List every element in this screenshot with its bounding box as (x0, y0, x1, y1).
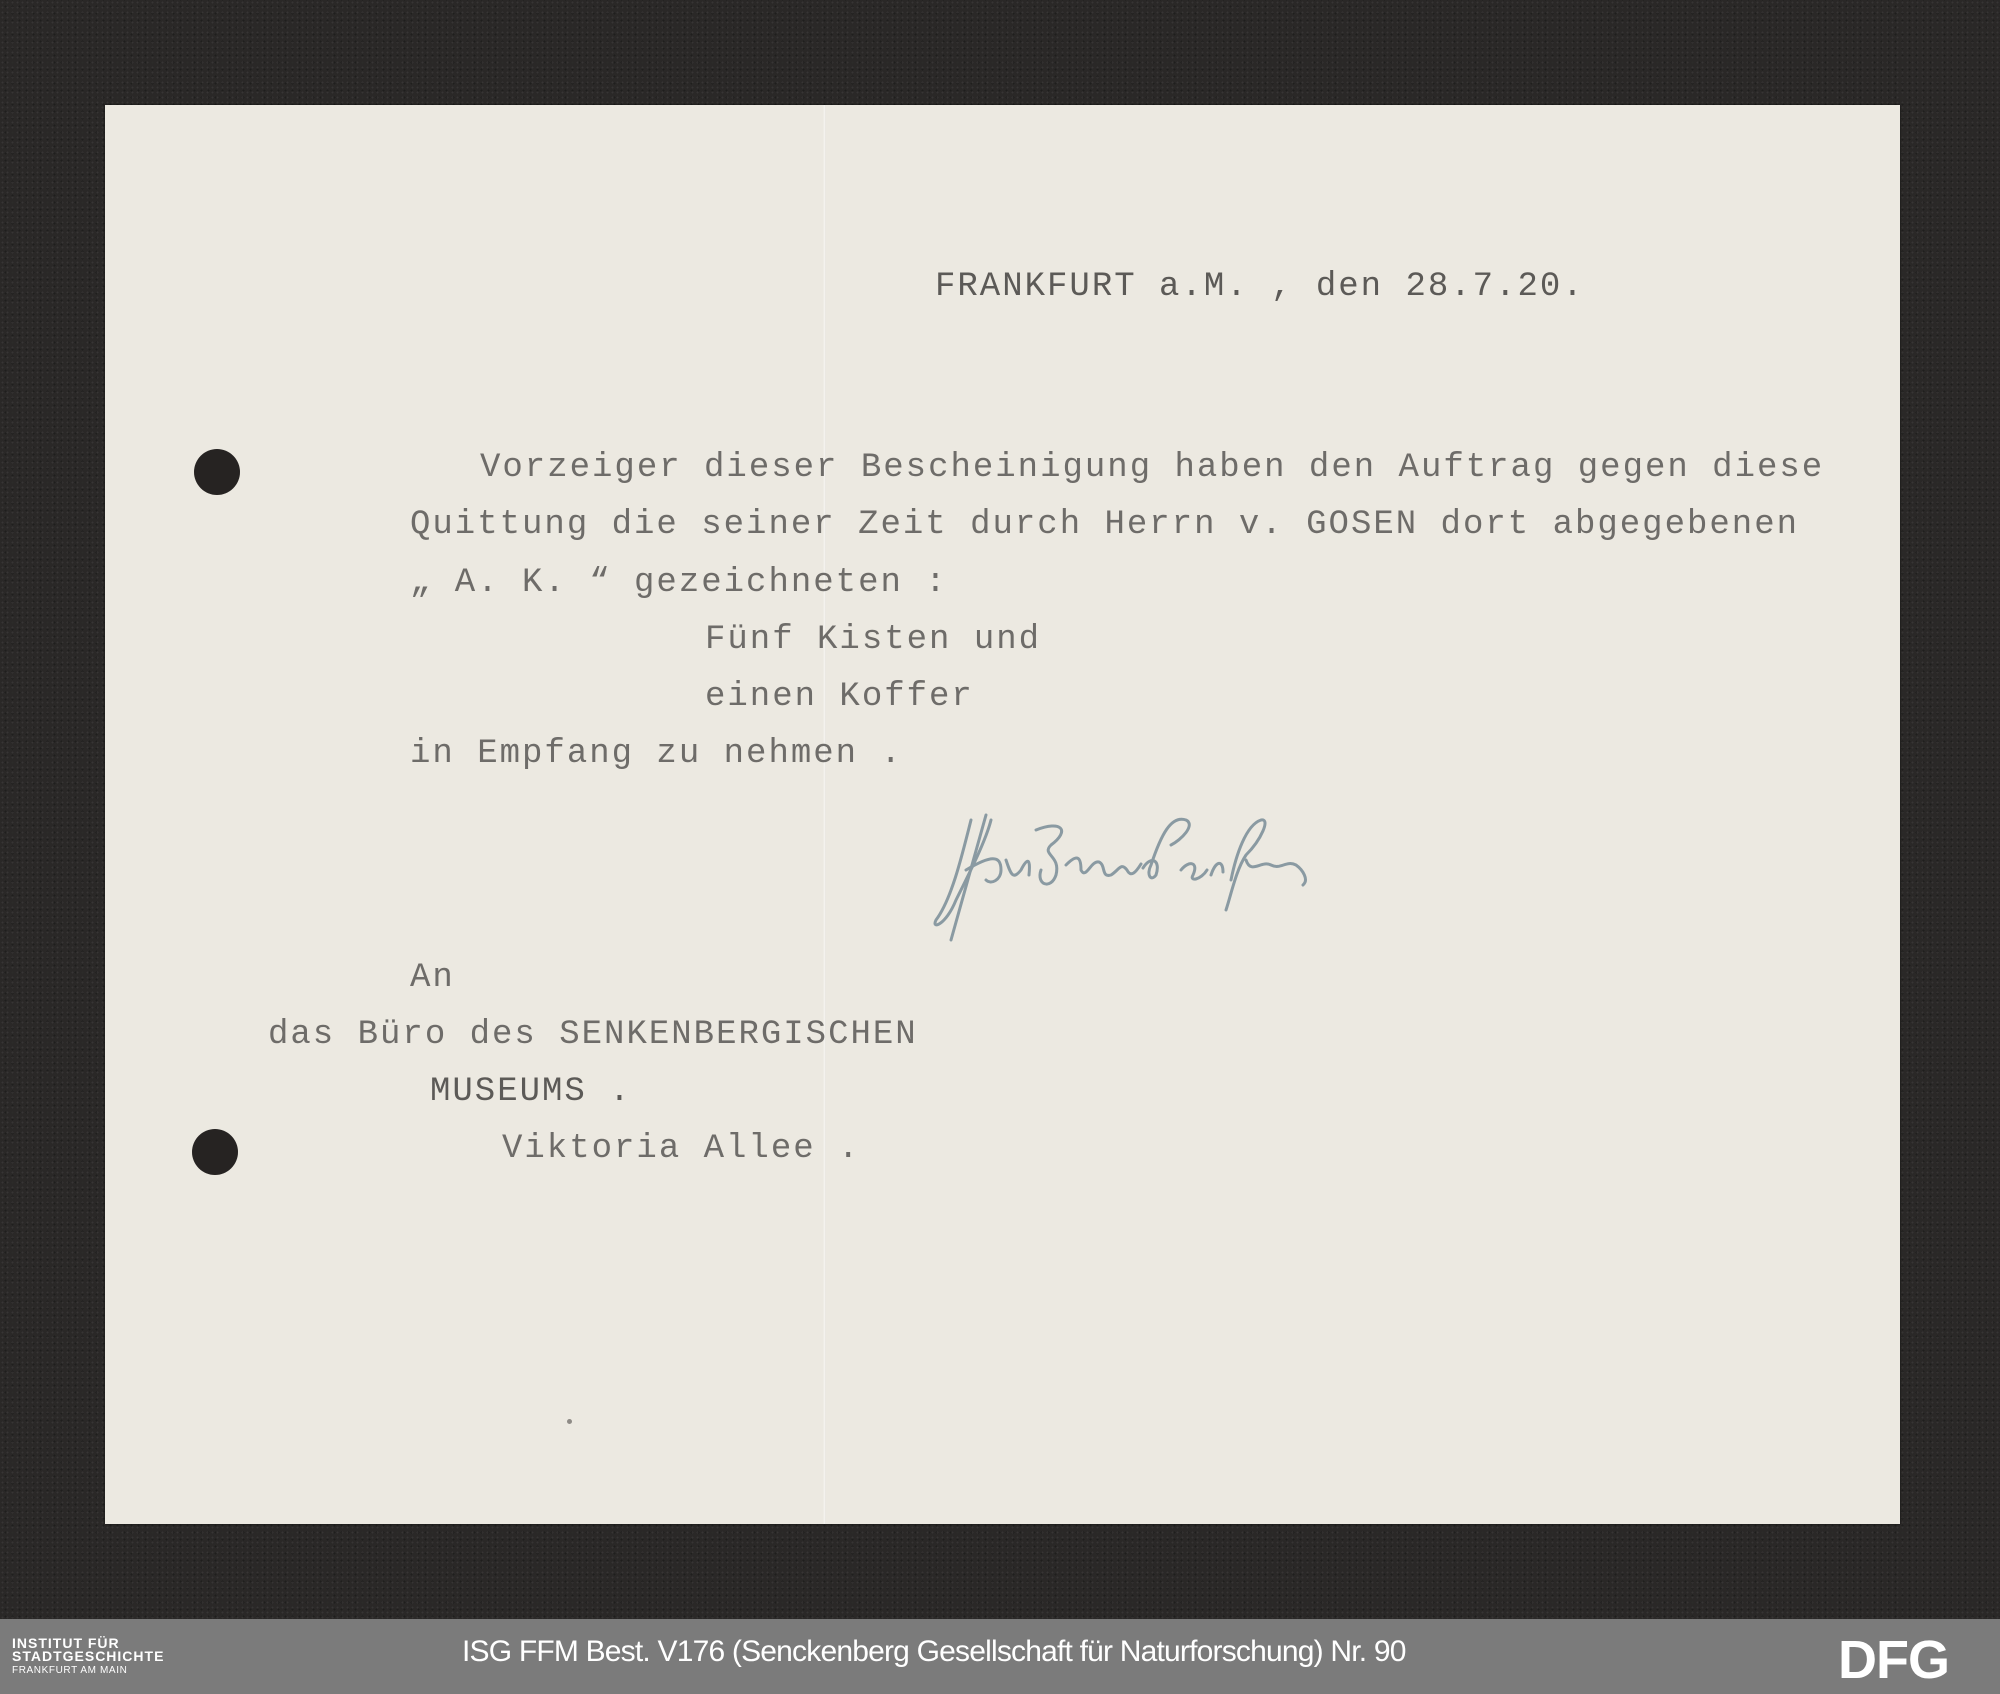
body-line-1: Vorzeiger dieser Bescheinigung haben den… (480, 448, 1824, 488)
institution-logo: INSTITUT FÜR STADTGESCHICHTE FRANKFURT A… (12, 1637, 164, 1677)
body-line-items-2: einen Koffer (705, 677, 974, 717)
body-line-closing: in Empfang zu nehmen . (410, 734, 903, 774)
punch-hole-bottom (192, 1129, 238, 1175)
archive-footer-bar: INSTITUT FÜR STADTGESCHICHTE FRANKFURT A… (0, 1619, 2000, 1694)
institution-location: FRANKFURT AM MAIN (12, 1664, 164, 1677)
address-line-3: MUSEUMS . (430, 1072, 632, 1112)
body-line-items-1: Fünf Kisten und (705, 620, 1041, 660)
address-line-4: Viktoria Allee . (502, 1129, 860, 1169)
address-line-1: An (410, 958, 455, 998)
dfg-logo: DFG (1838, 1633, 1949, 1687)
paper-fold-line (823, 105, 826, 1524)
punch-hole-top (194, 449, 240, 495)
handwritten-signature (931, 800, 1311, 950)
body-line-3: „ A. K. “ gezeichneten : (410, 563, 948, 603)
address-line-2: das Büro des SENKENBERGISCHEN (268, 1015, 918, 1055)
document-page: FRANKFURT a.M. , den 28.7.20. Vorzeiger … (105, 105, 1900, 1524)
paper-speck (567, 1419, 572, 1424)
date-line: FRANKFURT a.M. , den 28.7.20. (935, 267, 1585, 307)
body-line-2: Quittung die seiner Zeit durch Herrn v. … (410, 505, 1799, 545)
archive-signature-caption: ISG FFM Best. V176 (Senckenberg Gesellsc… (462, 1635, 1406, 1669)
institution-name-line-2: STADTGESCHICHTE (12, 1650, 164, 1663)
